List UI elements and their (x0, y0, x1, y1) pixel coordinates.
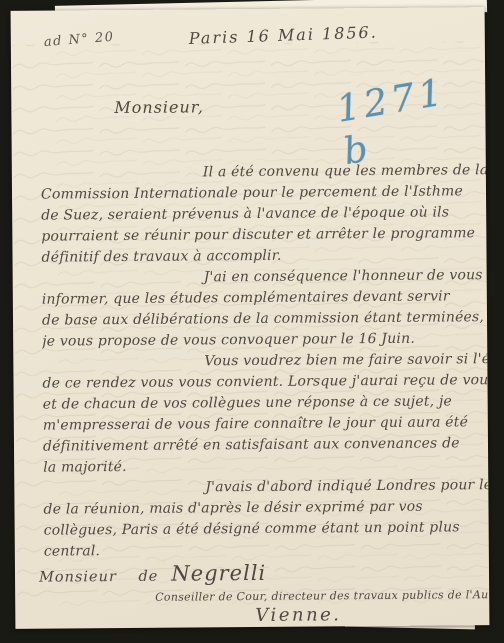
handwritten-line: collègues, Paris a été désigné comme éta… (44, 517, 490, 542)
recipient-block: Monsieur de Negrelli (39, 561, 266, 587)
paragraph-2: J'ai en conséquence l'honneur de vous in… (42, 265, 489, 353)
recipient-prefix: Monsieur de (39, 569, 158, 586)
paragraph-1: Il a été convenu que les membres de la C… (41, 160, 488, 268)
recipient-title: Conseiller de Cour, directeur des travau… (155, 588, 489, 604)
salutation: Monsieur, (114, 97, 204, 117)
letter-page: ad N° 20 Paris 16 Mai 1856. 1271 b Monsi… (11, 7, 490, 629)
handwritten-line: de base aux délibérations de la commissi… (42, 307, 488, 332)
recipient-name: Negrelli (171, 561, 266, 586)
scan-frame: ad N° 20 Paris 16 Mai 1856. 1271 b Monsi… (0, 0, 504, 643)
letter-body: Il a été convenu que les membres de la C… (41, 160, 490, 562)
paragraph-3: Vous voudrez bien me faire savoir si l'é… (42, 349, 489, 478)
paragraph-4: J'avais d'abord indiqué Londres pour le … (43, 475, 489, 563)
handwritten-line: définitivement arrêté en satisfaisant au… (43, 433, 489, 458)
handwritten-line: pourraient se réunir pour discuter et ar… (41, 223, 487, 248)
recipient-city: Vienne. (255, 604, 341, 626)
handwritten-line: central. (44, 538, 490, 563)
